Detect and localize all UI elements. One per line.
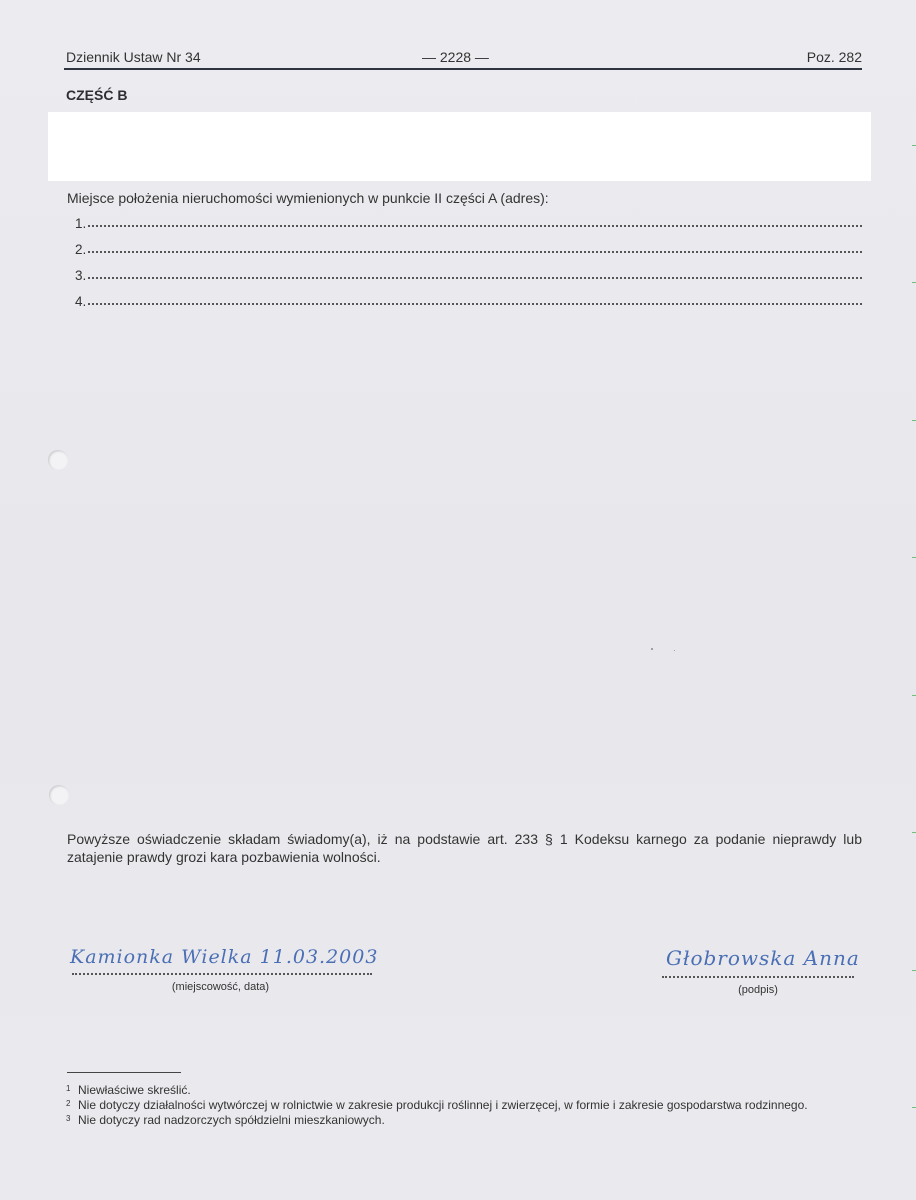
footnote-marker: 2 [66,1098,78,1113]
edge-mark [912,557,916,558]
page-header: Dziennik Ustaw Nr 34 — 2228 — Poz. 282 [66,49,862,69]
footnote: 3 Nie dotyczy rad nadzorczych spółdzieln… [66,1113,866,1128]
punch-hole-icon [48,450,68,470]
scan-speck [651,648,653,650]
edge-mark [912,832,916,833]
redacted-block [48,112,871,181]
address-line-number: 1. [75,216,86,231]
address-line-fill[interactable] [88,243,862,253]
punch-hole-icon [49,785,69,805]
address-line-1[interactable]: 1. [75,216,862,232]
edge-mark [912,282,916,283]
address-line-number: 3. [75,268,86,283]
journal-title: Dziennik Ustaw Nr 34 [66,49,201,65]
footnote: 2 Nie dotyczy działalności wytwórczej w … [66,1098,866,1113]
footnote-marker: 1 [66,1083,78,1098]
footnote-text: Nie dotyczy rad nadzorczych spółdzielni … [78,1113,866,1128]
address-line-number: 2. [75,242,86,257]
address-label: Miejsce położenia nieruchomości wymienio… [67,190,549,206]
footnotes: 1 Niewłaściwe skreślić. 2 Nie dotyczy dz… [66,1083,866,1128]
edge-mark [912,145,916,146]
signature-caption: (podpis) [662,984,854,996]
scanned-page: Dziennik Ustaw Nr 34 — 2228 — Poz. 282 C… [0,0,916,1200]
place-date-dotted-line [72,973,372,975]
address-line-number: 4. [75,294,86,309]
scan-speck [674,650,675,651]
place-date-caption: (miejscowość, data) [68,981,373,993]
address-line-fill[interactable] [88,269,862,279]
footnote-text: Nie dotyczy działalności wytwórczej w ro… [78,1098,866,1113]
footnote-marker: 3 [66,1113,78,1128]
signature-dotted-line [662,976,854,978]
address-line-4[interactable]: 4. [75,294,862,310]
edge-mark [912,1107,916,1108]
section-title: CZĘŚĆ B [66,87,127,103]
footnote-rule [67,1072,181,1073]
edge-mark [912,695,916,696]
header-rule [64,68,862,70]
edge-mark [912,420,916,421]
footnote-text: Niewłaściwe skreślić. [78,1083,866,1098]
footnote: 1 Niewłaściwe skreślić. [66,1083,866,1098]
address-line-2[interactable]: 2. [75,242,862,258]
edge-mark [912,970,916,971]
place-date-handwriting[interactable]: Kamionka Wielka 11.03.2003 [70,946,378,968]
address-line-3[interactable]: 3. [75,268,862,284]
address-line-fill[interactable] [88,217,862,227]
address-line-fill[interactable] [88,295,862,305]
signature-handwriting[interactable]: Głobrowska Anna [666,946,860,970]
declaration-text: Powyższe oświadczenie składam świadomy(a… [67,830,862,866]
page-number: — 2228 — [422,49,489,65]
position-number: Poz. 282 [807,49,862,65]
